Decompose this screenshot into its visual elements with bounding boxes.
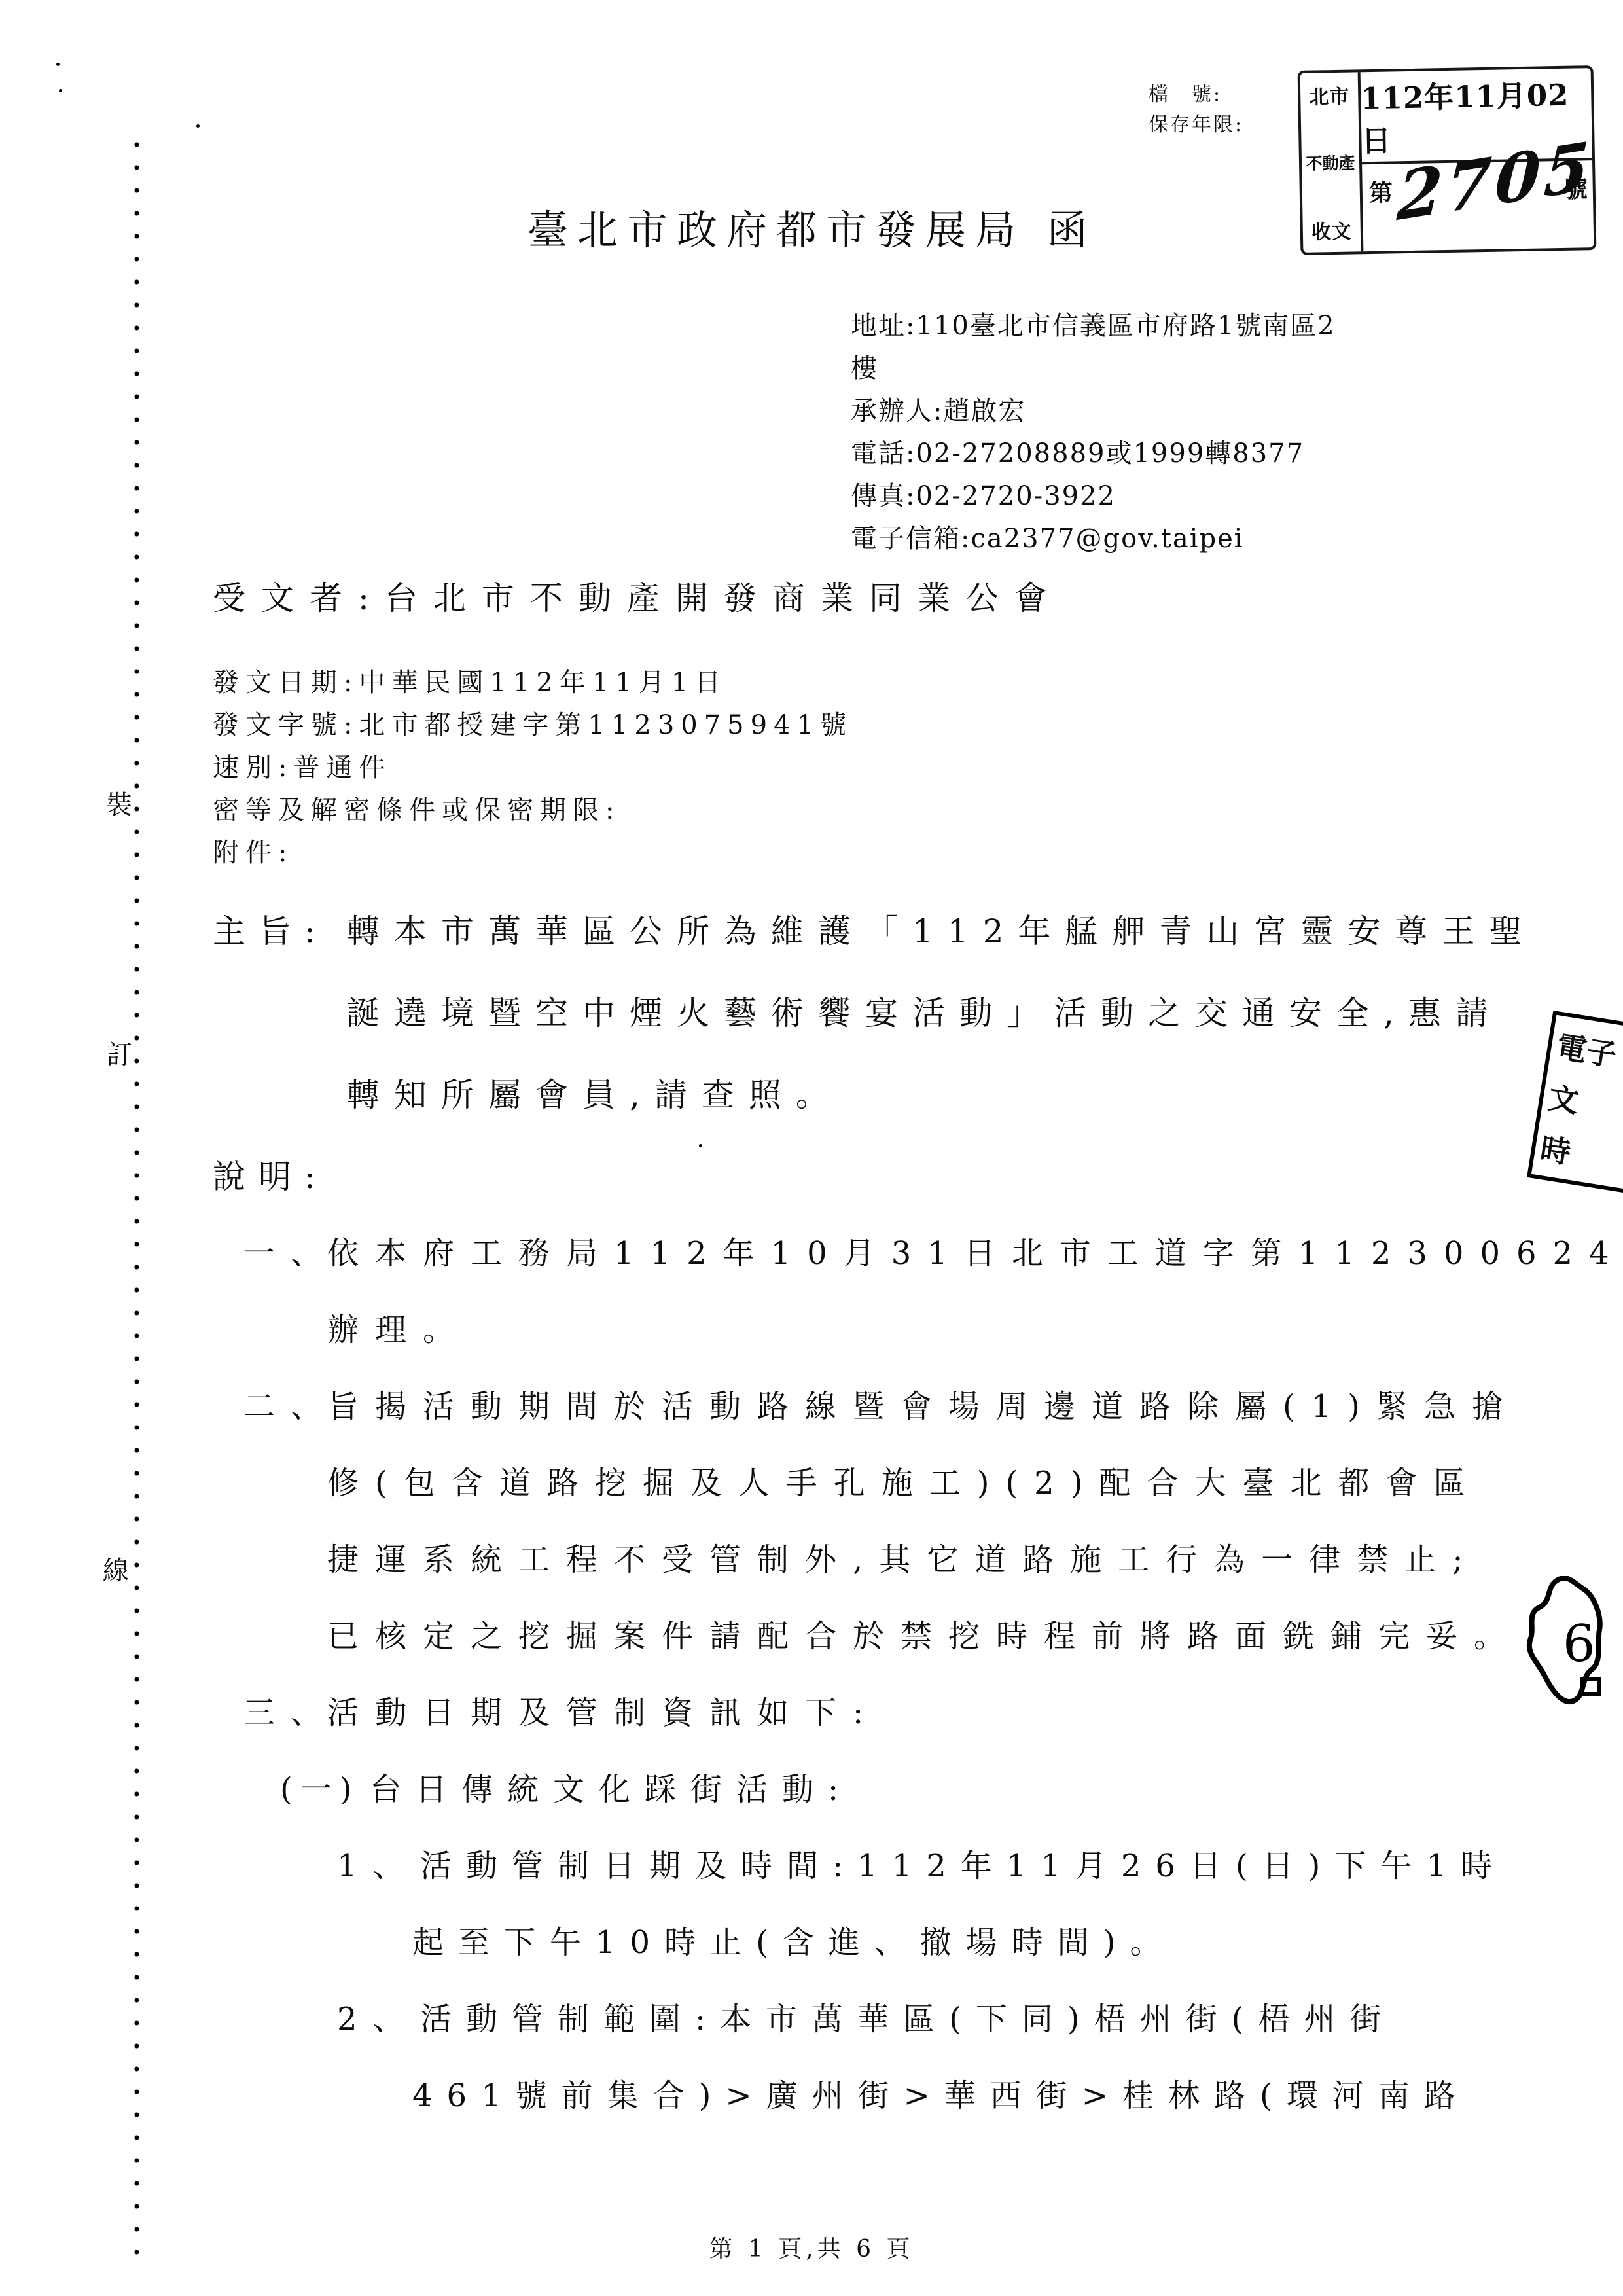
subsub-1-num: 1、	[337, 1848, 420, 1884]
item-2-num: 二、	[243, 1389, 338, 1425]
subsub-1-line-1: 活動管制日期及時間:112年11月26日(日)下午1時	[420, 1848, 1507, 1884]
subsub-2-num: 2、	[337, 2001, 420, 2037]
subsub-2-line-2: 461號前集合)>廣州街>華西街>桂林路(環河南路	[412, 2078, 1470, 2114]
recipient-line: 受文者:台北市不動產開發商業同業公會	[213, 580, 1063, 618]
item-3-line-1: 活動日期及管制資訊如下:	[327, 1695, 880, 1731]
field-security: 密等及解密條件或保密期限:	[213, 795, 620, 825]
item-2-line-2: 修(包含道路挖掘及人手孔施工)(2)配合大臺北都會區	[327, 1465, 1481, 1501]
field-speed: 速別:普通件	[213, 753, 391, 783]
binding-dotted-line	[134, 141, 140, 2258]
stamp-no-prefix: 第	[1368, 174, 1393, 208]
document-title: 臺北市政府都市發展局 函	[527, 207, 1097, 253]
field-attachment: 附件:	[213, 838, 293, 868]
item-2-line-3: 捷運系統工程不受管制外,其它道路施工行為一律禁止;	[327, 1542, 1479, 1578]
field-doc-number: 發文字號:北市都授建字第1123075941號	[213, 710, 853, 740]
contact-email: 電子信箱:ca2377@gov.taipei	[851, 524, 1244, 554]
efile-stamp-row3: 時	[1537, 1125, 1623, 1185]
stamp-org-line1: 北市	[1309, 81, 1350, 110]
contact-person: 承辦人:趙啟宏	[851, 396, 1026, 426]
receipt-stamp: 北市 不動產 收文 112年11月02日 第 2705 號	[1298, 65, 1597, 255]
efile-time-stamp: 電子 文 時	[1527, 1011, 1623, 1198]
item-1-num: 一、	[243, 1236, 338, 1272]
stamp-received-number: 第 2705 號	[1362, 160, 1594, 251]
stamp-org-line3: 收文	[1311, 215, 1352, 245]
scan-speck	[56, 63, 60, 66]
document-page: 裝 訂 線 檔 號: 保存年限: 北市 不動產 收文 112年11月02日 第 …	[0, 0, 1623, 2296]
stamp-org-line2: 不動產	[1306, 150, 1355, 174]
efile-stamp-row2: 文	[1546, 1074, 1623, 1134]
contact-fax: 傳真:02-2720-3922	[851, 481, 1116, 511]
item-2-line-4: 已核定之挖掘案件請配合於禁挖時程前將路面銑鋪完妥。	[327, 1619, 1522, 1655]
item-3-num: 三、	[243, 1695, 338, 1731]
subject-line-3: 轉知所屬會員,請查照。	[347, 1077, 843, 1115]
contact-address-line2: 樓	[851, 353, 878, 384]
retention-label: 保存年限:	[1149, 114, 1243, 137]
field-issue-date: 發文日期:中華民國112年11月1日	[213, 668, 727, 698]
receipt-stamp-org: 北市 不動產 收文	[1300, 72, 1364, 253]
subject-line-2: 誕遶境暨空中煙火藝術饗宴活動」活動之交通安全,惠請	[347, 995, 1503, 1033]
receipt-stamp-right: 112年11月02日 第 2705 號	[1361, 68, 1594, 251]
margin-mark-thread: 線	[101, 1543, 130, 1594]
sub-item-1-text: 台日傳統文化踩街活動:	[370, 1772, 853, 1808]
efile-stamp-row1: 電子	[1554, 1023, 1623, 1083]
contact-phone: 電話:02-27208889或1999轉8377	[851, 439, 1304, 469]
sub-item-1-num: (一)	[280, 1772, 359, 1808]
scan-speck	[59, 89, 62, 92]
subsub-1-line-2: 起至下午10時止(含進、撤場時間)。	[412, 1925, 1176, 1961]
item-1-line-1: 依本府工務局112年10月31日北市工道字第1123006248號函	[327, 1236, 1623, 1272]
contact-address-line1: 地址:110臺北市信義區市府路1號南區2	[851, 311, 1336, 341]
page-footer: 第 1 頁,共 6 頁	[0, 2231, 1623, 2264]
subsub-2-line-1: 活動管制範圍:本市萬華區(下同)梧州街(梧州街	[420, 2001, 1395, 2037]
margin-mark-stapling: 訂	[105, 1028, 134, 1078]
explanation-label: 說明:	[213, 1158, 329, 1196]
scan-speck	[699, 1144, 702, 1147]
archive-no-label: 檔 號:	[1149, 84, 1222, 107]
margin-mark-binding: 裝	[105, 778, 134, 828]
item-2-line-1: 旨揭活動期間於活動路線暨會場周邊道路除屬(1)緊急搶	[327, 1389, 1520, 1425]
scan-speck	[196, 124, 200, 128]
subject-label: 主旨:	[213, 913, 329, 951]
stamp-no-suffix: 號	[1563, 171, 1588, 205]
handwritten-blob: 6	[1517, 1576, 1622, 1713]
handwritten-number: 6	[1563, 1615, 1596, 1674]
item-1-line-2: 辦理。	[327, 1312, 471, 1348]
subject-line-1: 轉本市萬華區公所為維護「112年艋舺青山宮靈安尊王聖	[347, 913, 1536, 951]
